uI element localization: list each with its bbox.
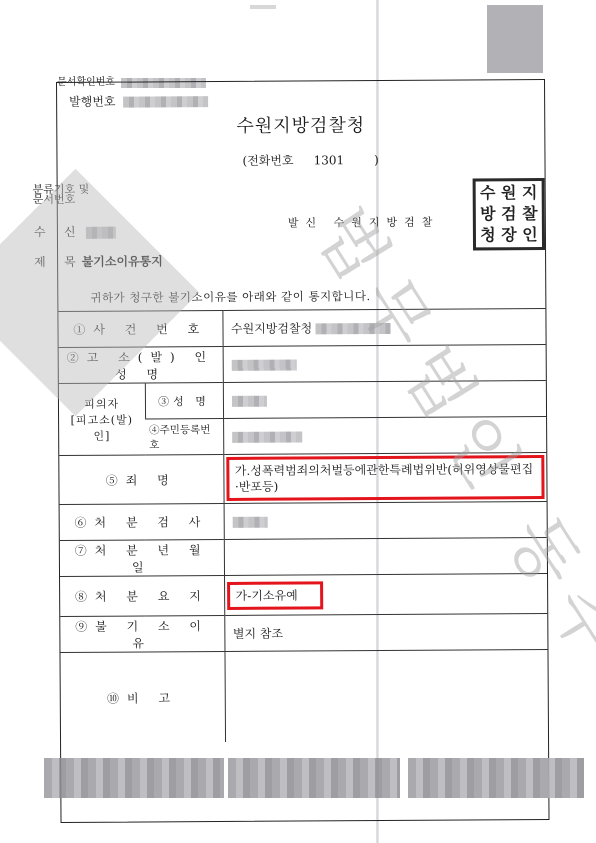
- seal-char: 원: [499, 183, 519, 203]
- row-value: 가.성폭력범죄의처벌등에관한특례법위반(허위영상물편집·반포등): [223, 453, 546, 504]
- row-label: ⑦처 분 년 월 일: [60, 539, 224, 576]
- issue-number: 발행번호: [69, 92, 208, 110]
- row-label: ②고 소(발) 인 성 명: [59, 346, 223, 383]
- phone-label: (전화번호: [242, 154, 293, 168]
- redacted-value: [231, 395, 266, 406]
- table-row: ⑩비 고: [60, 650, 548, 743]
- redacted-value: [232, 431, 302, 442]
- row-label: ⑨불 기 소 이 유: [60, 615, 224, 652]
- seal-char: 검: [499, 204, 519, 224]
- row-value: [223, 345, 546, 383]
- seal-char: 방: [478, 204, 498, 224]
- row-value: [223, 417, 546, 455]
- classification-line-2: 문서번호: [33, 195, 90, 205]
- redacted-footer: [228, 758, 400, 798]
- official-seal: 수 원 지 방 검 찰 청 장 인: [473, 178, 545, 250]
- intro-text: 귀하가 청구한 불기소이유를 아래와 같이 통지합니다.: [90, 288, 370, 306]
- row-label: ⑧처 분 요 지: [60, 575, 224, 616]
- seal-char: 인: [520, 225, 540, 245]
- redacted-qr-code: [487, 5, 543, 73]
- row-value: [223, 381, 546, 419]
- group-label-1: 피의자: [67, 395, 137, 411]
- table-row: ②고 소(발) 인 성 명: [59, 345, 546, 384]
- row-value: [224, 502, 547, 540]
- row-label: ⑤죄 명: [59, 454, 223, 504]
- row-label: ⑥처 분 검 사: [60, 503, 224, 540]
- table-row: ⑦처 분 년 월 일: [60, 538, 547, 577]
- phone-number: 1301: [314, 153, 345, 167]
- recipient-line: 수신: [34, 223, 116, 240]
- subject-label-2: 목: [64, 255, 76, 269]
- recipient-label-2: 신: [64, 225, 76, 239]
- row-label: ⑩비 고: [60, 651, 225, 743]
- seal-char: 장: [499, 225, 519, 245]
- redacted-value: [316, 323, 391, 334]
- recipient-label-1: 수: [34, 223, 64, 240]
- highlighted-charge: 가.성폭력범죄의처벌등에관한특례법위반(허위영상물편집·반포등): [226, 455, 545, 501]
- row-value: 별지 참조: [224, 614, 547, 652]
- row-value: [224, 650, 548, 742]
- table-row: ⑤죄 명 가.성폭력범죄의처벌등에관한특례법위반(허위영상물편집·반포등): [59, 453, 546, 505]
- subject-value: 불기소이유통지: [82, 254, 163, 268]
- row-value: 수원지방검찰청: [222, 309, 545, 347]
- case-number-prefix: 수원지방검찰청: [231, 321, 312, 335]
- notice-table: ①사 건 번 호 수원지방검찰청 ②고 소(발) 인 성 명 피의자 [피고소(…: [58, 308, 548, 743]
- seal-char: 청: [478, 225, 498, 245]
- row-label: ④주민등록번호: [145, 418, 223, 454]
- row-label: ①사 건 번 호: [58, 310, 222, 347]
- group-label-2: [피고소(발)인]: [67, 411, 137, 443]
- table-row: ①사 건 번 호 수원지방검찰청: [58, 309, 545, 348]
- row-value: [224, 538, 547, 576]
- sender-line: 발신 수원지방검찰: [288, 214, 440, 231]
- redacted-value: [123, 96, 208, 108]
- seal-char: 지: [520, 183, 540, 203]
- seal-char: 찰: [520, 204, 540, 224]
- suspect-group-label: 피의자 [피고소(발)인]: [59, 383, 145, 456]
- row-label: ③성 명: [145, 382, 223, 418]
- table-row: 피의자 [피고소(발)인] ③성 명: [59, 381, 546, 420]
- agency-title: 수원지방검찰청: [57, 110, 544, 139]
- table-row: ⑧처 분 요 지 가-기소유예: [60, 574, 547, 617]
- subject-line: 제목불기소이유통지: [34, 252, 163, 270]
- highlighted-disposition: 가-기소유예: [227, 581, 323, 610]
- seal-char: 수: [478, 183, 498, 203]
- redacted-value: [232, 516, 267, 527]
- document-frame: 발행번호 수원지방검찰청 (전화번호1301) 분류기호 및 문서번호 수신 발…: [56, 79, 550, 823]
- redacted-recipient: [85, 226, 115, 238]
- subject-label-1: 제: [34, 253, 64, 270]
- issue-label: 발행번호: [69, 95, 115, 109]
- classification-label: 분류기호 및 문서번호: [33, 185, 90, 205]
- phone-close: ): [374, 153, 379, 167]
- redacted-footer: [408, 758, 584, 798]
- redacted-value: [231, 359, 296, 370]
- table-row: ⑥처 분 검 사: [60, 502, 547, 541]
- phone-line: (전화번호1301): [242, 151, 378, 169]
- table-row: ⑨불 기 소 이 유 별지 참조: [60, 614, 547, 653]
- scan-artifact: [250, 5, 276, 9]
- redacted-footer: [44, 758, 224, 798]
- row-value: 가-기소유예: [224, 574, 547, 616]
